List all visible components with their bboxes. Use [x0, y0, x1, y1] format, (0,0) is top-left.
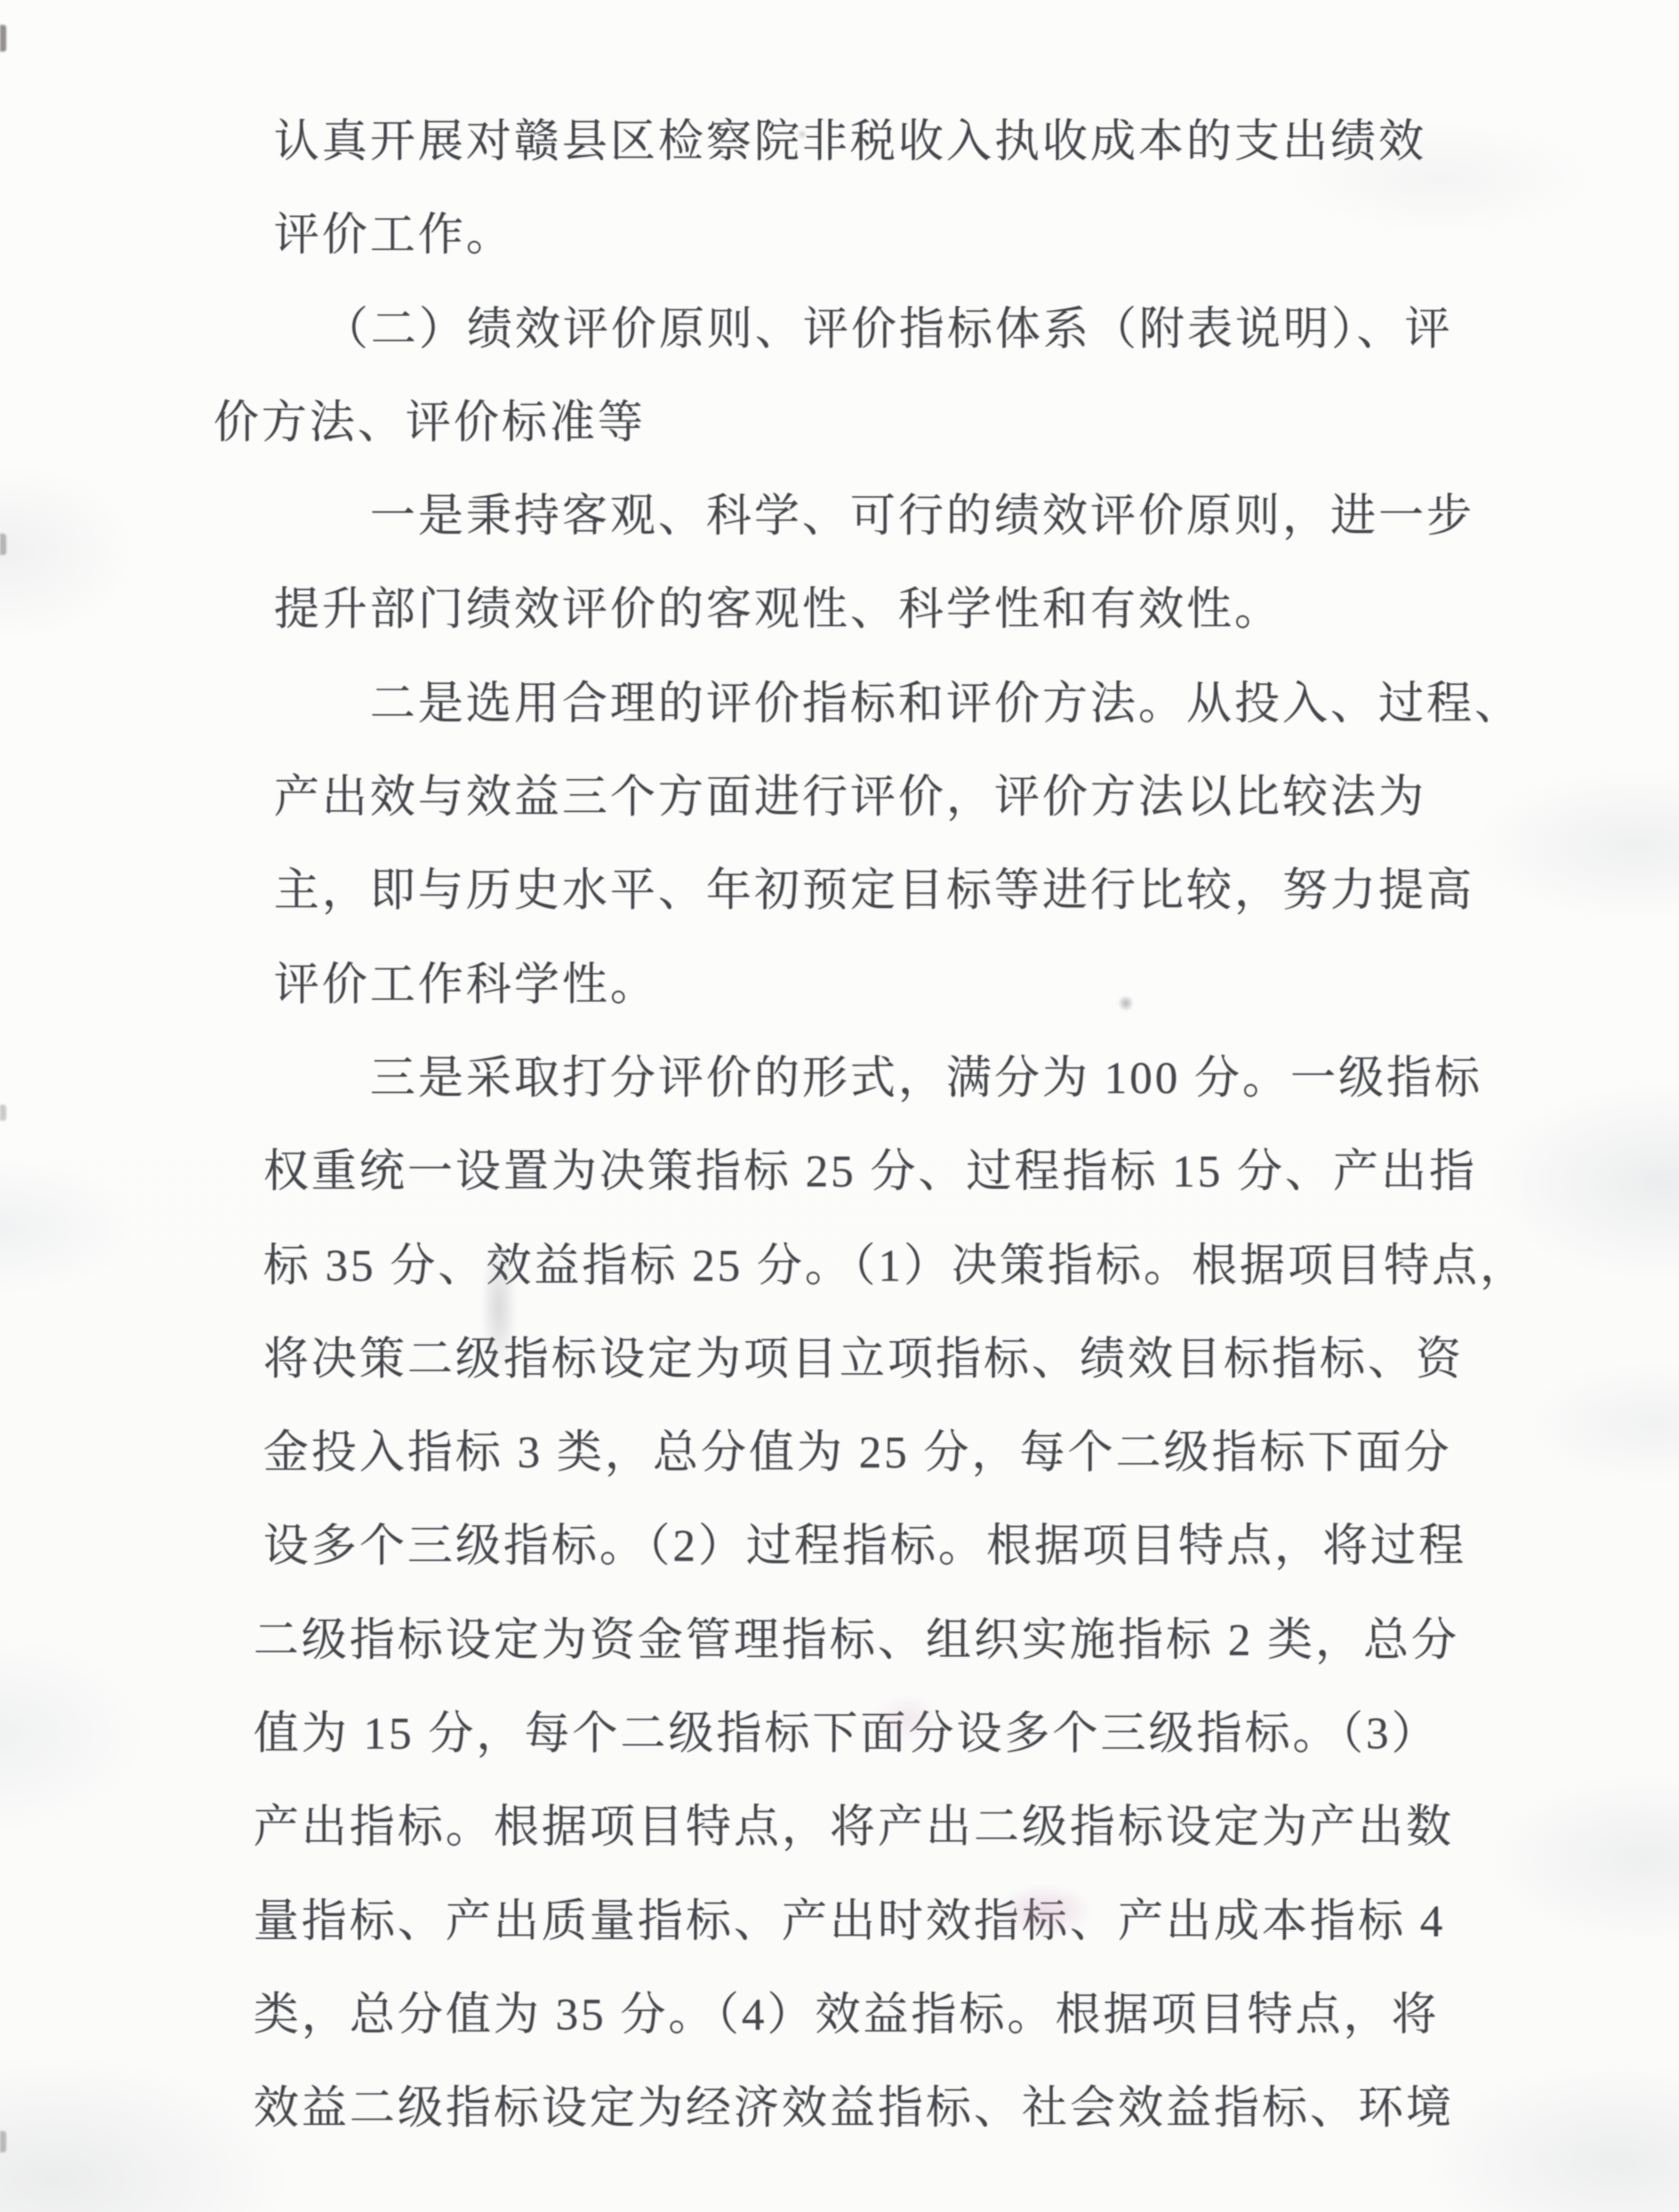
scan-edge-mark [0, 534, 6, 555]
text-line: 值为 15 分，每个二级指标下面分设多个三级指标。（3） [253, 1688, 1528, 1782]
text-line: 设多个三级指标。（2）过程指标。根据项目特点，将过程 [263, 1500, 1528, 1594]
text-line: 量指标、产出质量指标、产出时效指标、产出成本指标 4 [253, 1876, 1528, 1969]
scan-edge-mark [0, 25, 6, 52]
text-line: 标 35 分、效益指标 25 分。（1）决策指标。根据项目特点， [263, 1220, 1528, 1314]
text-line: 产出效与效益三个方面进行评价，评价方法以比较法为 [274, 752, 1528, 845]
text-line: 主，即与历史水平、年初预定目标等进行比较，努力提高 [274, 845, 1528, 938]
scan-edge-mark [0, 2131, 6, 2152]
text-line: 效益二级指标设定为经济效益指标、社会效益指标、环境 [253, 2063, 1528, 2156]
text-line: 评价工作。 [274, 189, 1528, 283]
text-line: 认真开展对赣县区检察院非税收入执收成本的支出绩效 [274, 96, 1528, 189]
text-line: 将决策二级指标设定为项目立项指标、绩效目标指标、资 [263, 1314, 1528, 1407]
text-line section-heading: （二）绩效评价原则、评价指标体系（附表说明）、评 [323, 284, 1528, 377]
text-line: 评价工作科学性。 [274, 939, 1528, 1033]
text-line: 类，总分值为 35 分。（4）效益指标。根据项目特点，将 [253, 1969, 1528, 2063]
text-line: 产出指标。根据项目特点，将产出二级指标设定为产出数 [253, 1782, 1528, 1875]
document-text-block: 认真开展对赣县区检察院非税收入执收成本的支出绩效 评价工作。 （二）绩效评价原则… [213, 96, 1528, 2157]
text-line: 二是选用合理的评价指标和评价方法。从投入、过程、 [370, 658, 1528, 752]
scanned-page: 认真开展对赣县区检察院非税收入执收成本的支出绩效 评价工作。 （二）绩效评价原则… [0, 0, 1679, 2212]
text-line: 一是秉持客观、科学、可行的绩效评价原则，进一步 [370, 471, 1528, 564]
text-line: 金投入指标 3 类，总分值为 25 分，每个二级指标下面分 [263, 1407, 1528, 1500]
text-line: 权重统一设置为决策指标 25 分、过程指标 15 分、产出指 [263, 1126, 1528, 1219]
text-line: 提升部门绩效评价的客观性、科学性和有效性。 [274, 564, 1528, 657]
text-line: 二级指标设定为资金管理指标、组织实施指标 2 类，总分 [253, 1595, 1528, 1688]
scan-edge-mark [0, 1105, 6, 1121]
text-line: 三是采取打分评价的形式，满分为 100 分。一级指标 [370, 1033, 1528, 1126]
text-line section-heading: 价方法、评价标准等 [213, 377, 1528, 471]
